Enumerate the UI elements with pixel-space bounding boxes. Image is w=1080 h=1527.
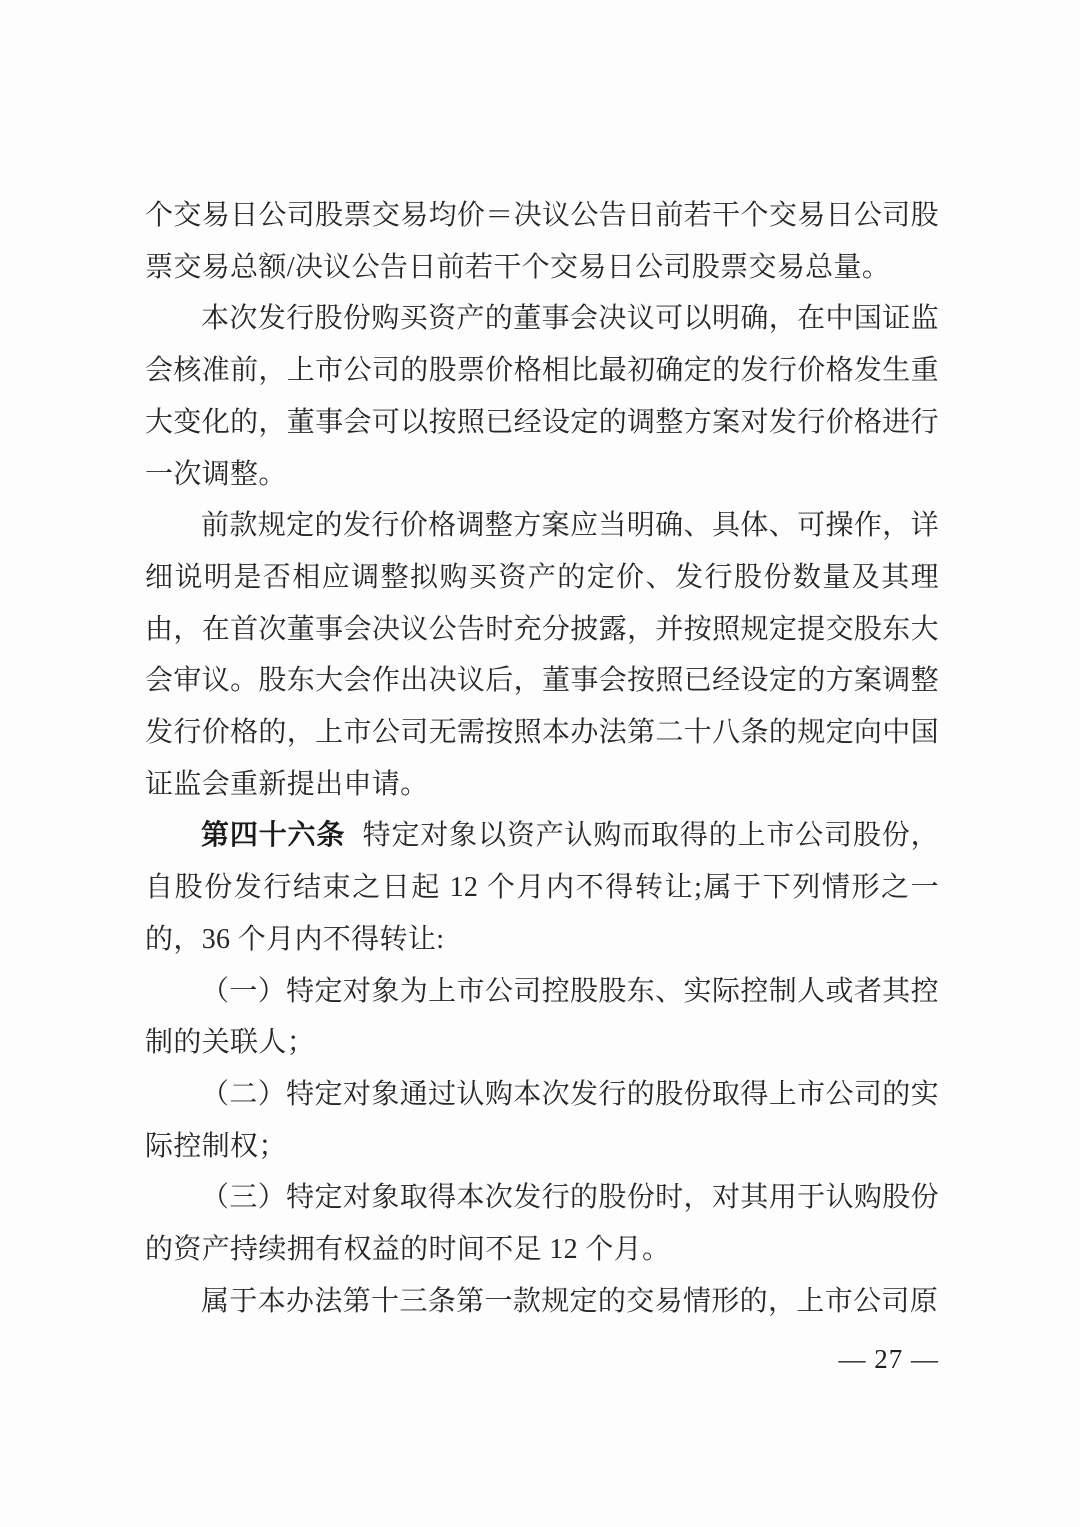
paragraph-board-resolution: 本次发行股份购买资产的董事会决议可以明确，在中国证监会核准前，上市公司的股票价格…: [145, 293, 939, 500]
paragraph-price-formula-continuation: 个交易日公司股票交易均价＝决议公告日前若干个交易日公司股票交易总额/决议公告日前…: [145, 190, 939, 293]
text-block: 个交易日公司股票交易均价＝决议公告日前若干个交易日公司股票交易总额/决议公告日前…: [145, 190, 939, 1327]
page-number: — 27 —: [839, 1344, 940, 1375]
paragraph-item-2: （二）特定对象通过认购本次发行的股份取得上市公司的实际控制权；: [145, 1069, 939, 1172]
document-page: 个交易日公司股票交易均价＝决议公告日前若干个交易日公司股票交易总额/决议公告日前…: [0, 0, 1080, 1527]
paragraph-article-46: 第四十六条特定对象以资产认购而取得的上市公司股份，自股份发行结束之日起 12 个…: [145, 810, 939, 965]
paragraph-item-1: （一）特定对象为上市公司控股股东、实际控制人或者其控制的关联人；: [145, 966, 939, 1069]
paragraph-article-13-reference: 属于本办法第十三条第一款规定的交易情形的，上市公司原: [145, 1276, 939, 1328]
paragraph-item-3: （三）特定对象取得本次发行的股份时，对其用于认购股份的资产持续拥有权益的时间不足…: [145, 1172, 939, 1275]
paragraph-price-adjustment-scheme: 前款规定的发行价格调整方案应当明确、具体、可操作，详细说明是否相应调整拟购买资产…: [145, 500, 939, 810]
article-46-number: 第四十六条: [201, 820, 345, 851]
